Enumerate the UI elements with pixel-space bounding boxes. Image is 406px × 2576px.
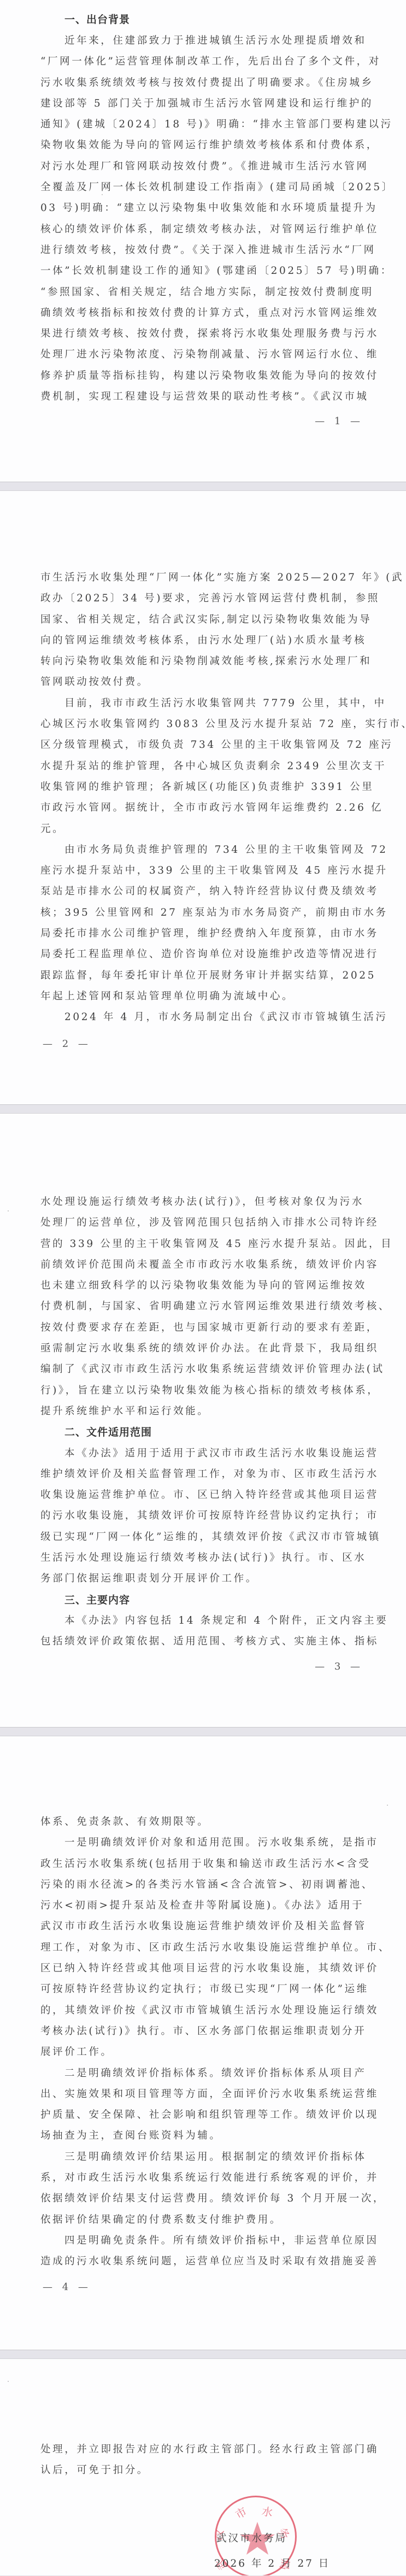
text-line: 染物收集效能为导向的管网运行维护绩效考核体系和付费体系， (40, 135, 364, 156)
text-line: 政办〔2025〕34 号)要求，完善污水管网运营付费机制，参照 (40, 588, 364, 609)
text-line: 收集管网的维护管理；各新城区(功能区)负责维护 3391 公里 (40, 777, 364, 798)
text-line: 务部门依据运维职责划分开展评价工作。 (40, 1568, 364, 1589)
text-line: 亟需制定污水收集系统的绩效评价办法。在此背景下，我局组织 (40, 1338, 364, 1359)
text-line: 元。 (40, 819, 364, 840)
text-line: 区分级管理模式，市级负责 734 公里的主干收集管网及 72 座污 (40, 735, 364, 756)
text-line: 处理，并立即报告对应的水行政主管部门。经水行政主管部门确 (40, 2439, 364, 2460)
text-line: 出、实施效果和项目管理等方面，全面评价污水收集系统运营维 (40, 2084, 364, 2105)
text-line: 年起上述管网和泵站管理单位明确为流域中心。 (40, 986, 364, 1007)
page-number: — 3 — (315, 1661, 363, 1672)
text-line: 修养护质量等指标挂钩，构建以污染物收集效能为导向的按效付 (40, 366, 364, 387)
text-line: 前绩效评价范围尚未覆盖全市市政污水收集系统，绩效评价内容 (40, 1255, 364, 1275)
text-line: 核；395 公里管网和 27 座泵站为市水务局资产，前期由市水务 (40, 903, 364, 923)
text-line: 果进行绩效考核、按效付费，探索将污水收集处理服务费与污水 (40, 324, 364, 344)
text-line: 由市水务局负责维护管理的 734 公里的主干收集管网及 72 (40, 840, 364, 860)
page-separator (0, 1727, 406, 1736)
text-line: 编制了《武汉市市政生活污水收集系统运营绩效评价管理办法(试 (40, 1359, 364, 1380)
page-3-text: 水处理设施运行绩效考核办法(试行)》，但考核对象仅为污水 处理厂的运营单位，涉及… (40, 1192, 364, 1653)
page-separator (0, 2350, 406, 2359)
text-line: 也未建立细致科学的以污染物收集效能为导向的管网运维按效 (40, 1275, 364, 1296)
page-number: — 1 — (315, 415, 363, 427)
issue-date: 2026 年 2 月 27 日 (214, 2556, 330, 2570)
text-line: 体系、免责条款、有效期限等。 (40, 1812, 364, 1833)
text-line: 国家、省相关规定，结合武汉实际,制定以污染物收集效能为导 (40, 610, 364, 630)
text-line: 维护绩效评价及相关监督管理工作，对象为市、区市政生活污水 (40, 1464, 364, 1485)
scan-speck (8, 1210, 9, 1211)
page-separator (0, 1104, 406, 1114)
text-line: 护质量、安全保障、社会影响和组织管理等工作。绩效评价以现 (40, 2105, 364, 2126)
text-line: 市生活污水收集处理“厂网一体化”实施方案 2025—2027 年》(武 (40, 567, 364, 588)
text-line: 展评价工作。 (40, 2042, 364, 2063)
text-line: 向的管网运维绩效考核体系，由污水处理厂(站)水质水量考核 (40, 630, 364, 651)
section-heading-scope: 二、文件适用范围 (40, 1422, 364, 1443)
text-line: 处理厂的运营单位，涉及管网范围只包括纳入市排水公司特许经 (40, 1213, 364, 1233)
text-line: 污水收集系统绩效考核与按效付费提出了明确要求。《住房城乡 (40, 73, 364, 93)
text-line: 依据绩效评价结果支付运营费用。绩效评价每 3 个月开展一次， (40, 2188, 364, 2209)
scan-speck (102, 194, 103, 195)
text-line: 水处理设施运行绩效考核办法(试行)》，但考核对象仅为污水 (40, 1192, 364, 1213)
text-line: 一体”长效机制建设工作的通知》(鄂建函〔2025〕57 号)明确： (40, 261, 364, 282)
page-number: — 4 — (43, 2281, 91, 2293)
text-line: 全覆盖及厂网一体长效机制建设工作指南》(建司局函城〔2025〕 (40, 177, 364, 198)
text-line: 本《办法》内容包括 14 条规定和 4 个附件，正文内容主要 (40, 1611, 364, 1631)
svg-text:市: 市 (233, 2505, 249, 2522)
text-line: 确绩效考核指标和按效付费的计算方式，重点对污水管网运维效 (40, 303, 364, 324)
text-line: 区已纳入特许经营或其他项目运营的污水收集设施，其绩效评价 (40, 1958, 364, 1979)
text-line: 市政污水管网。据统计，全市市政污水管网年运维费约 2.26 亿 (40, 798, 364, 818)
text-line: 一是明确绩效评价对象和适用范围。污水收集系统，是指市 (40, 1833, 364, 1853)
text-line: 三是明确绩效评价结果运用。根据制定的绩效评价指标体 (40, 2147, 364, 2168)
text-line: 通知》(建城〔2024〕18 号)》明确：“排水主管部门要构建以污 (40, 114, 364, 135)
document-viewer[interactable]: 一、出台背景 近年来，住建部致力于推进城镇生活污水处理提质增效和 “厂网一体化”… (0, 0, 406, 2575)
text-line: 处理厂进水污染物浓度、污染物削减量、污水管网运行水位、维 (40, 344, 364, 365)
text-line: 局委托市排水公司维护管理，维护经费纳入年度预算，由市水务 (40, 923, 364, 944)
text-line: 考核办法(试行)》执行。市、区水务部门依据运维职责划分开 (40, 2021, 364, 2042)
text-line: 泵站是市排水公司的权属资产，纳入特许经营协议付费及绩效考 (40, 881, 364, 902)
text-line: 依据评价结果确定的付费系数支付维护费用。 (40, 2210, 364, 2230)
page-4: 体系、免责条款、有效期限等。 一是明确绩效评价对象和适用范围。污水收集系统，是指… (0, 1736, 406, 2350)
text-line: 政生活污水收集系统(包括用于收集和输送市政生活污水<含受 (40, 1854, 364, 1875)
text-line: 武汉市市政生活污水收集设施运营维护绩效评价及相关监督管 (40, 1916, 364, 1937)
text-line: 水提升泵站的维护管理，各中心城区负责剩余 2349 公里次支干 (40, 756, 364, 777)
text-line: 可按原特许经营协议约定执行；市级已实现“厂网一体化”运维 (40, 1979, 364, 2000)
text-line: 系，对市政生活污水收集系统运行效能进行系统客观的评价，并 (40, 2168, 364, 2188)
text-line: 理工作，对象为市、区市政生活污水收集设施运营维护单位。市、 (40, 1937, 364, 1958)
text-line: 营的 339 公里的主干收集管网及 45 座污水提升泵站。因此，目 (40, 1234, 364, 1255)
text-line: 收集设施运营维护单位。市、区已纳入特许经营或其他项目运营 (40, 1485, 364, 1506)
text-line: 污水<初雨>提升泵站及检查井等附属设施)。《办法》适用于 (40, 1895, 364, 1916)
text-line: 管网联动按效付费。 (40, 672, 364, 693)
section-heading-main-content: 三、主要内容 (40, 1590, 364, 1611)
section-heading-background: 一、出台背景 (40, 9, 364, 31)
page-1-text: 一、出台背景 近年来，住建部致力于推进城镇生活污水处理提质增效和 “厂网一体化”… (40, 9, 364, 407)
text-line: 提升系统维护水平和运行效能。 (40, 1401, 364, 1422)
issuer-signature: 武汉市水务局 (216, 2531, 287, 2545)
text-line: 生活污水处理设施运行绩效考核办法(试行)》执行。市、区水 (40, 1548, 364, 1568)
text-line: 场抽查为主，查阅台账资料为辅。 (40, 2126, 364, 2146)
scan-speck (8, 2381, 9, 2382)
text-line: 认后，可免于扣分。 (40, 2460, 364, 2481)
text-line: 2024 年 4 月，市水务局制定出台《武汉市市管城镇生活污 (40, 1007, 364, 1028)
text-line: “厂网一体化”运营管理体制改革工作，先后出台了多个文件，对 (40, 51, 364, 72)
text-line: 造成的污水收集系统问题，运营单位应当及时采取有效措施妥善 (40, 2251, 364, 2272)
page-number: — 2 — (43, 1038, 91, 1050)
page-5-text: 处理，并立即报告对应的水行政主管部门。经水行政主管部门确 认后，可免于扣分。 (40, 2439, 364, 2481)
text-line: 座污水提升泵站中，339 公里的主干收集管网及 45 座污水提升 (40, 860, 364, 881)
text-line: 的污水收集设施，其绩效评价可按原特许经营协议约定执行；市 (40, 1506, 364, 1526)
page-2-text: 市生活污水收集处理“厂网一体化”实施方案 2025—2027 年》(武 政办〔2… (40, 567, 364, 1028)
text-line: 二是明确绩效评价指标体系。绩效评价指标体系从项目产 (40, 2063, 364, 2084)
page-5: 处理，并立即报告对应的水行政主管部门。经水行政主管部门确 认后，可免于扣分。 市… (0, 2359, 406, 2575)
text-line: 行)》，旨在建立以污染物收集效能为核心指标的绩效考核体系， (40, 1380, 364, 1401)
text-line: 建设部等 5 部门关于加强城市生活污水管网建设和运行维护的 (40, 93, 364, 114)
svg-text:水: 水 (261, 2504, 274, 2519)
text-line: 目前，我市市政生活污水收集管网共 7779 公里，其中，中 (40, 693, 364, 714)
page-3: 水处理设施运行绩效考核办法(试行)》，但考核对象仅为污水 处理厂的运营单位，涉及… (0, 1114, 406, 1727)
page-2: 市生活污水收集处理“厂网一体化”实施方案 2025—2027 年》(武 政办〔2… (0, 491, 406, 1104)
text-line: 级已实现“厂网一体化”运维的，其绩效评价按《武汉市市管城镇 (40, 1527, 364, 1548)
text-line: 核心的绩效评价体系，制定绩效考核办法，对管网运行维护单位 (40, 219, 364, 240)
page-separator (0, 482, 406, 491)
scan-speck (387, 1805, 388, 1806)
text-line: 四是明确免责条件。所有绩效评价指标中，非运营单位原因 (40, 2230, 364, 2251)
text-line: 局委托工程监理单位、造价咨询单位对设施维护改造等情况进行 (40, 944, 364, 965)
text-line: 付费机制，与国家、省明确建立污水管网运维效果进行绩效考核、 (40, 1296, 364, 1317)
page-1: 一、出台背景 近年来，住建部致力于推进城镇生活污水处理提质增效和 “厂网一体化”… (0, 0, 406, 482)
text-line: 对污水处理厂和管网联动按效付费”。《推进城市生活污水管网 (40, 156, 364, 177)
text-line: 近年来，住建部致力于推进城镇生活污水处理提质增效和 (40, 31, 364, 51)
text-line: 按效付费要求存在差距，也与国家城市更新行动的要求有差距， (40, 1318, 364, 1338)
text-line: 污染的雨水径流>的各类污水管涵<含合流管>、初雨调蓄池、 (40, 1875, 364, 1895)
text-line: 心城区污水收集管网约 3083 公里及污水提升泵站 72 座，实行市、 (40, 714, 364, 735)
text-line: 包括绩效评价政策依据、适用范围、考核方式、实施主体、指标 (40, 1631, 364, 1652)
text-line: 费机制，实现工程建设与运营效果的联动性考核”。《武汉市城 (40, 387, 364, 407)
text-line: 转向污染物收集效能和污染物削减效能考核,探索污水处理厂和 (40, 651, 364, 672)
text-line: “参照国家、省相关规定，结合地方实际，制定按效付费制度明 (40, 282, 364, 303)
text-line: 跟踪监督，每年委托审计单位开展财务审计并据实结算，2025 (40, 965, 364, 986)
text-line: 的，其绩效评价按《武汉市市管城镇生活污水处理设施运行绩效 (40, 2000, 364, 2021)
text-line: 进行绩效考核，按效付费”。《关于深入推进城市生活污水“厂网 (40, 240, 364, 261)
page-4-text: 体系、免责条款、有效期限等。 一是明确绩效评价对象和适用范围。污水收集系统，是指… (40, 1812, 364, 2273)
text-line: 本《办法》适用于适用于武汉市市政生活污水收集设施运营 (40, 1443, 364, 1464)
text-line: 03 号)明确：“建立以污染物集中收集效能和水环境质量提升为 (40, 198, 364, 219)
